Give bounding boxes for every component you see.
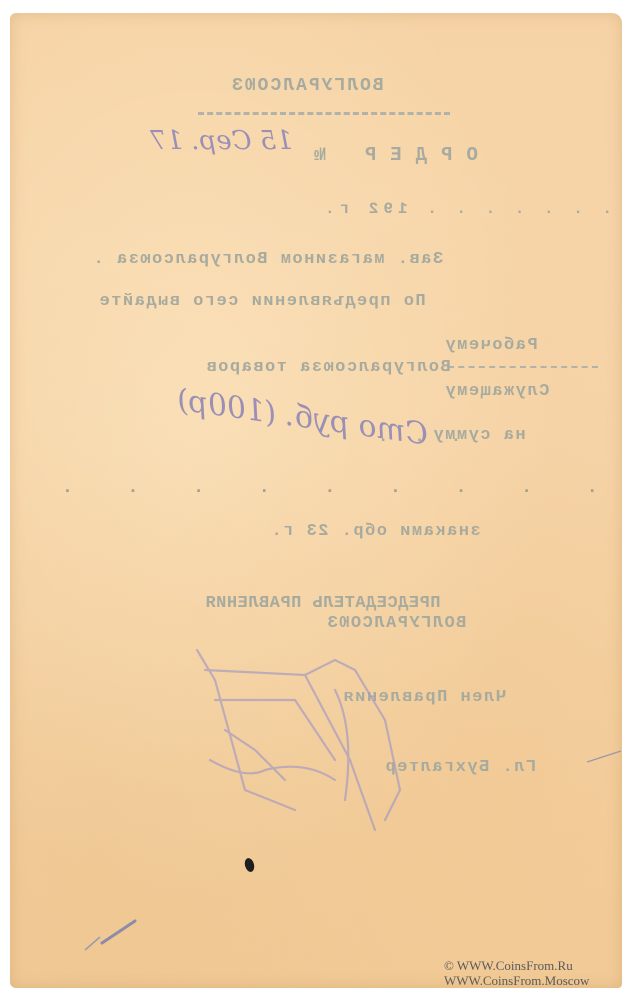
- date-line: . . . . . . . 192 г.: [320, 200, 612, 218]
- header-underline: [198, 112, 450, 115]
- dots-line: . . . . . . . . . . . . . . .: [40, 478, 636, 498]
- watermark-line-2: WWW.CoinsFrom.Moscow: [444, 973, 589, 988]
- instruction-line: По предъявлении сего выдайте: [98, 292, 426, 311]
- recipient-worker: Рабочему: [444, 336, 538, 355]
- watermark-line-1: © WWW.CoinsFrom.Ru: [444, 958, 589, 973]
- watermark: © WWW.CoinsFrom.Ru WWW.CoinsFrom.Moscow: [444, 958, 589, 988]
- pencil-mark-right: [585, 748, 625, 768]
- order-title: ОРДЕР №: [300, 144, 478, 166]
- pencil-mark-bottom-left: [80, 915, 140, 955]
- goods-line-text: Волгуралсоюза товаров: [205, 358, 451, 377]
- stamp-signature-scribble: [185, 640, 415, 860]
- currency-line: знаками обр. 23 г.: [270, 522, 481, 541]
- order-number-handwritten: 15 Сер. 17: [150, 126, 293, 156]
- chairman-title: ПРЕДСЕДАТЕЛЬ ПРАВЛЕНИЯ: [205, 594, 440, 613]
- addressee-line: Зав. магазином Волгуралсоюза .: [92, 250, 443, 269]
- recipient-employee: Служащему: [444, 382, 549, 401]
- header-organization: ВОЛГУРАЛСОЮЗ: [230, 76, 384, 96]
- chairman-organization: ВОЛГУРАЛСОЮЗ: [326, 614, 466, 633]
- recipient-divider: [448, 366, 598, 368]
